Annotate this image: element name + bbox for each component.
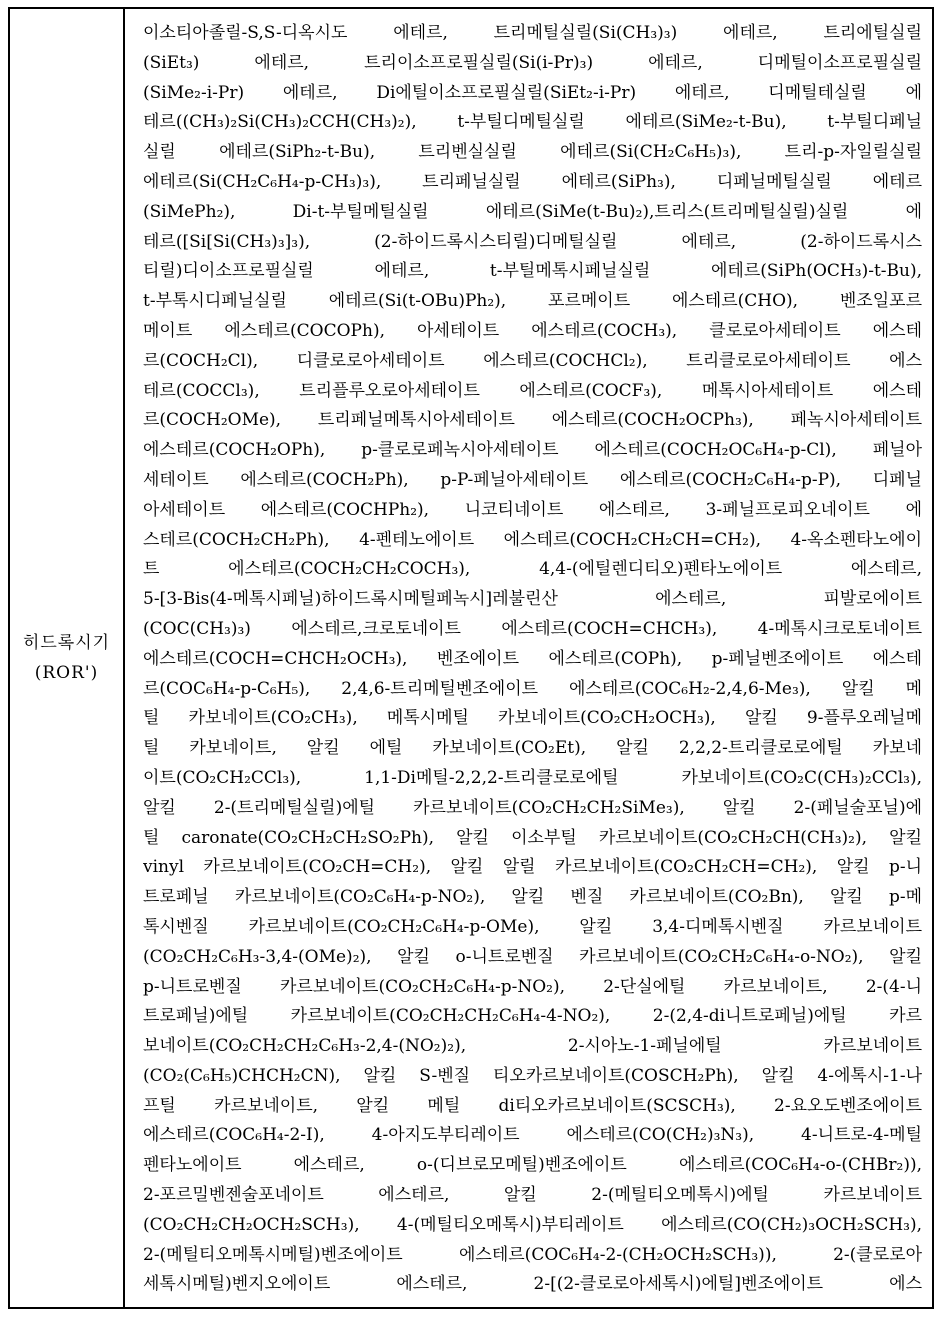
- text-line: 에테르(Si(CH₂C₆H₄-p-CH₃)₃), 트리페닐실릴 에테르(SiPh…: [143, 168, 922, 198]
- text-line: 에스테르(COCH=CHCH₂OCH₃), 벤조에이트 에스테르(COPh), …: [143, 645, 922, 675]
- text-line: 테르(COCCl₃), 트리플루오로아세테이트 에스테르(COCF₃), 메톡시…: [143, 377, 922, 407]
- text-line: 틸 카보네이트(CO₂CH₃), 메톡시메틸 카보네이트(CO₂CH₂OCH₃)…: [143, 704, 922, 734]
- text-line: 틸 caronate(CO₂CH₂CH₂SO₂Ph), 알킬 이소부틸 카르보네…: [143, 824, 922, 854]
- text-line: p-니트로벤질 카르보네이트(CO₂CH₂C₆H₄-p-NO₂), 2-단실에틸…: [143, 973, 922, 1003]
- row-content-cell: 이소티아졸릴-S,S-디옥시도 에테르, 트리메틸실릴(Si(CH₃)₃) 에테…: [125, 9, 932, 1307]
- text-line: 에스테르(COCH₂OPh), p-클로로페녹시아세테이트 에스테르(COCH₂…: [143, 436, 922, 466]
- text-line: 에스테르(COC₆H₄-2-I), 4-아지도부티레이트 에스테르(CO(CH₂…: [143, 1121, 922, 1151]
- text-line: 트로페닐 카르보네이트(CO₂C₆H₄-p-NO₂), 알킬 벤질 카르보네이트…: [143, 883, 922, 913]
- text-line: (SiMe₂-i-Pr) 에테르, Di에틸이소프로필실릴(SiEt₂-i-Pr…: [143, 79, 922, 109]
- text-line: 메이트 에스테르(COCOPh), 아세테이트 에스테르(COCH₃), 클로로…: [143, 317, 922, 347]
- text-line: t-부톡시디페닐실릴 에테르(Si(t-OBu)Ph₂), 포르메이트 에스테르…: [143, 287, 922, 317]
- text-line: 틸 카보네이트, 알킬 에틸 카보네이트(CO₂Et), 알킬 2,2,2-트리…: [143, 734, 922, 764]
- text-line: 프틸 카르보네이트, 알킬 메틸 di티오카르보네이트(SCSCH₃), 2-요…: [143, 1092, 922, 1122]
- document-page: 히드록시기 (ROR') 이소티아졸릴-S,S-디옥시도 에테르, 트리메틸실릴…: [0, 0, 943, 1318]
- row-header-cell: 히드록시기 (ROR'): [10, 9, 125, 1307]
- text-line: (CO₂CH₂C₆H₃-3,4-(OMe)₂), 알킬 o-니트로벤질 카르보네…: [143, 943, 922, 973]
- text-line: (COC(CH₃)₃) 에스테르,크로토네이트 에스테르(COCH=CHCH₃)…: [143, 615, 922, 645]
- text-line: 트로페닐)에틸 카르보네이트(CO₂CH₂CH₂C₆H₄-4-NO₂), 2-(…: [143, 1002, 922, 1032]
- text-line: (CO₂(C₆H₅)CHCH₂CN), 알킬 S-벤질 티오카르보네이트(COS…: [143, 1062, 922, 1092]
- text-line: 보네이트(CO₂CH₂CH₂C₆H₃-2,4-(NO₂)₂), 2-시아노-1-…: [143, 1032, 922, 1062]
- text-line: 톡시벤질 카르보네이트(CO₂CH₂C₆H₄-p-OMe), 알킬 3,4-디메…: [143, 913, 922, 943]
- text-line: 스테르(COCH₂CH₂Ph), 4-펜테노에이트 에스테르(COCH₂CH₂C…: [143, 526, 922, 556]
- text-line: 테르((CH₃)₂Si(CH₃)₂CCH(CH₃)₂), t-부틸디메틸실릴 에…: [143, 108, 922, 138]
- text-line: 2-(메틸티오메톡시메틸)벤조에이트 에스테르(COC₆H₄-2-(CH₂OCH…: [143, 1241, 922, 1271]
- text-line: 이트(CO₂CH₂CCl₃), 1,1-Di메틸-2,2,2-트리클로로에틸 카…: [143, 764, 922, 794]
- text-line: 트 에스테르(COCH₂CH₂COCH₃), 4,4-(에틸렌디티오)펜타노에이…: [143, 555, 922, 585]
- text-line: 2-포르밀벤젠술포네이트 에스테르, 알킬 2-(메틸티오메톡시)에틸 카르보네…: [143, 1181, 922, 1211]
- text-line: 르(COCH₂OMe), 트리페닐메톡시아세테이트 에스테르(COCH₂OCPh…: [143, 406, 922, 436]
- row-header-label-line1: 히드록시기: [23, 628, 110, 658]
- text-line: 르(COCH₂Cl), 디클로로아세테이트 에스테르(COCHCl₂), 트리클…: [143, 347, 922, 377]
- text-line: 실릴 에테르(SiPh₂-t-Bu), 트리벤실실릴 에테르(Si(CH₂C₆H…: [143, 138, 922, 168]
- text-line: 세테이트 에스테르(COCH₂Ph), p-P-페닐아세테이트 에스테르(COC…: [143, 466, 922, 496]
- text-line: 테르([Si[Si(CH₃)₃]₃), (2-하이드록시스티릴)디메틸실릴 에테…: [143, 228, 922, 258]
- text-line: 티릴)디이소프로필실릴 에테르, t-부틸메톡시페닐실릴 에테르(SiPh(OC…: [143, 257, 922, 287]
- protecting-groups-table: 히드록시기 (ROR') 이소티아졸릴-S,S-디옥시도 에테르, 트리메틸실릴…: [8, 7, 934, 1309]
- text-line: 펜타노에이트 에스테르, o-(디브로모메틸)벤조에이트 에스테르(COC₆H₄…: [143, 1151, 922, 1181]
- row-header-label-line2: (ROR'): [35, 658, 98, 688]
- text-line: 알킬 2-(트리메틸실릴)에틸 카르보네이트(CO₂CH₂CH₂SiMe₃), …: [143, 794, 922, 824]
- text-line: vinyl 카르보네이트(CO₂CH=CH₂), 알킬 알릴 카르보네이트(CO…: [143, 853, 922, 883]
- text-line: (SiMePh₂), Di-t-부틸메틸실릴 에테르(SiMe(t-Bu)₂),…: [143, 198, 922, 228]
- text-line: 아세테이트 에스테르(COCHPh₂), 니코티네이트 에스테르, 3-페닐프로…: [143, 496, 922, 526]
- text-line: 세톡시메틸)벤지오에이트 에스테르, 2-[(2-클로로아세톡시)에틸]벤조에이…: [143, 1270, 922, 1300]
- text-line: 이소티아졸릴-S,S-디옥시도 에테르, 트리메틸실릴(Si(CH₃)₃) 에테…: [143, 19, 922, 49]
- text-line: 르(COC₆H₄-p-C₆H₅), 2,4,6-트리메틸벤조에이트 에스테르(C…: [143, 675, 922, 705]
- text-line: (SiEt₃) 에테르, 트리이소프로필실릴(Si(i-Pr)₃) 에테르, 디…: [143, 49, 922, 79]
- text-line: 5-[3-Bis(4-메톡시페닐)하이드록시메틸페녹시]레불린산 에스테르, 피…: [143, 585, 922, 615]
- text-line: (CO₂CH₂CH₂OCH₂SCH₃), 4-(메틸티오메톡시)부티레이트 에스…: [143, 1211, 922, 1241]
